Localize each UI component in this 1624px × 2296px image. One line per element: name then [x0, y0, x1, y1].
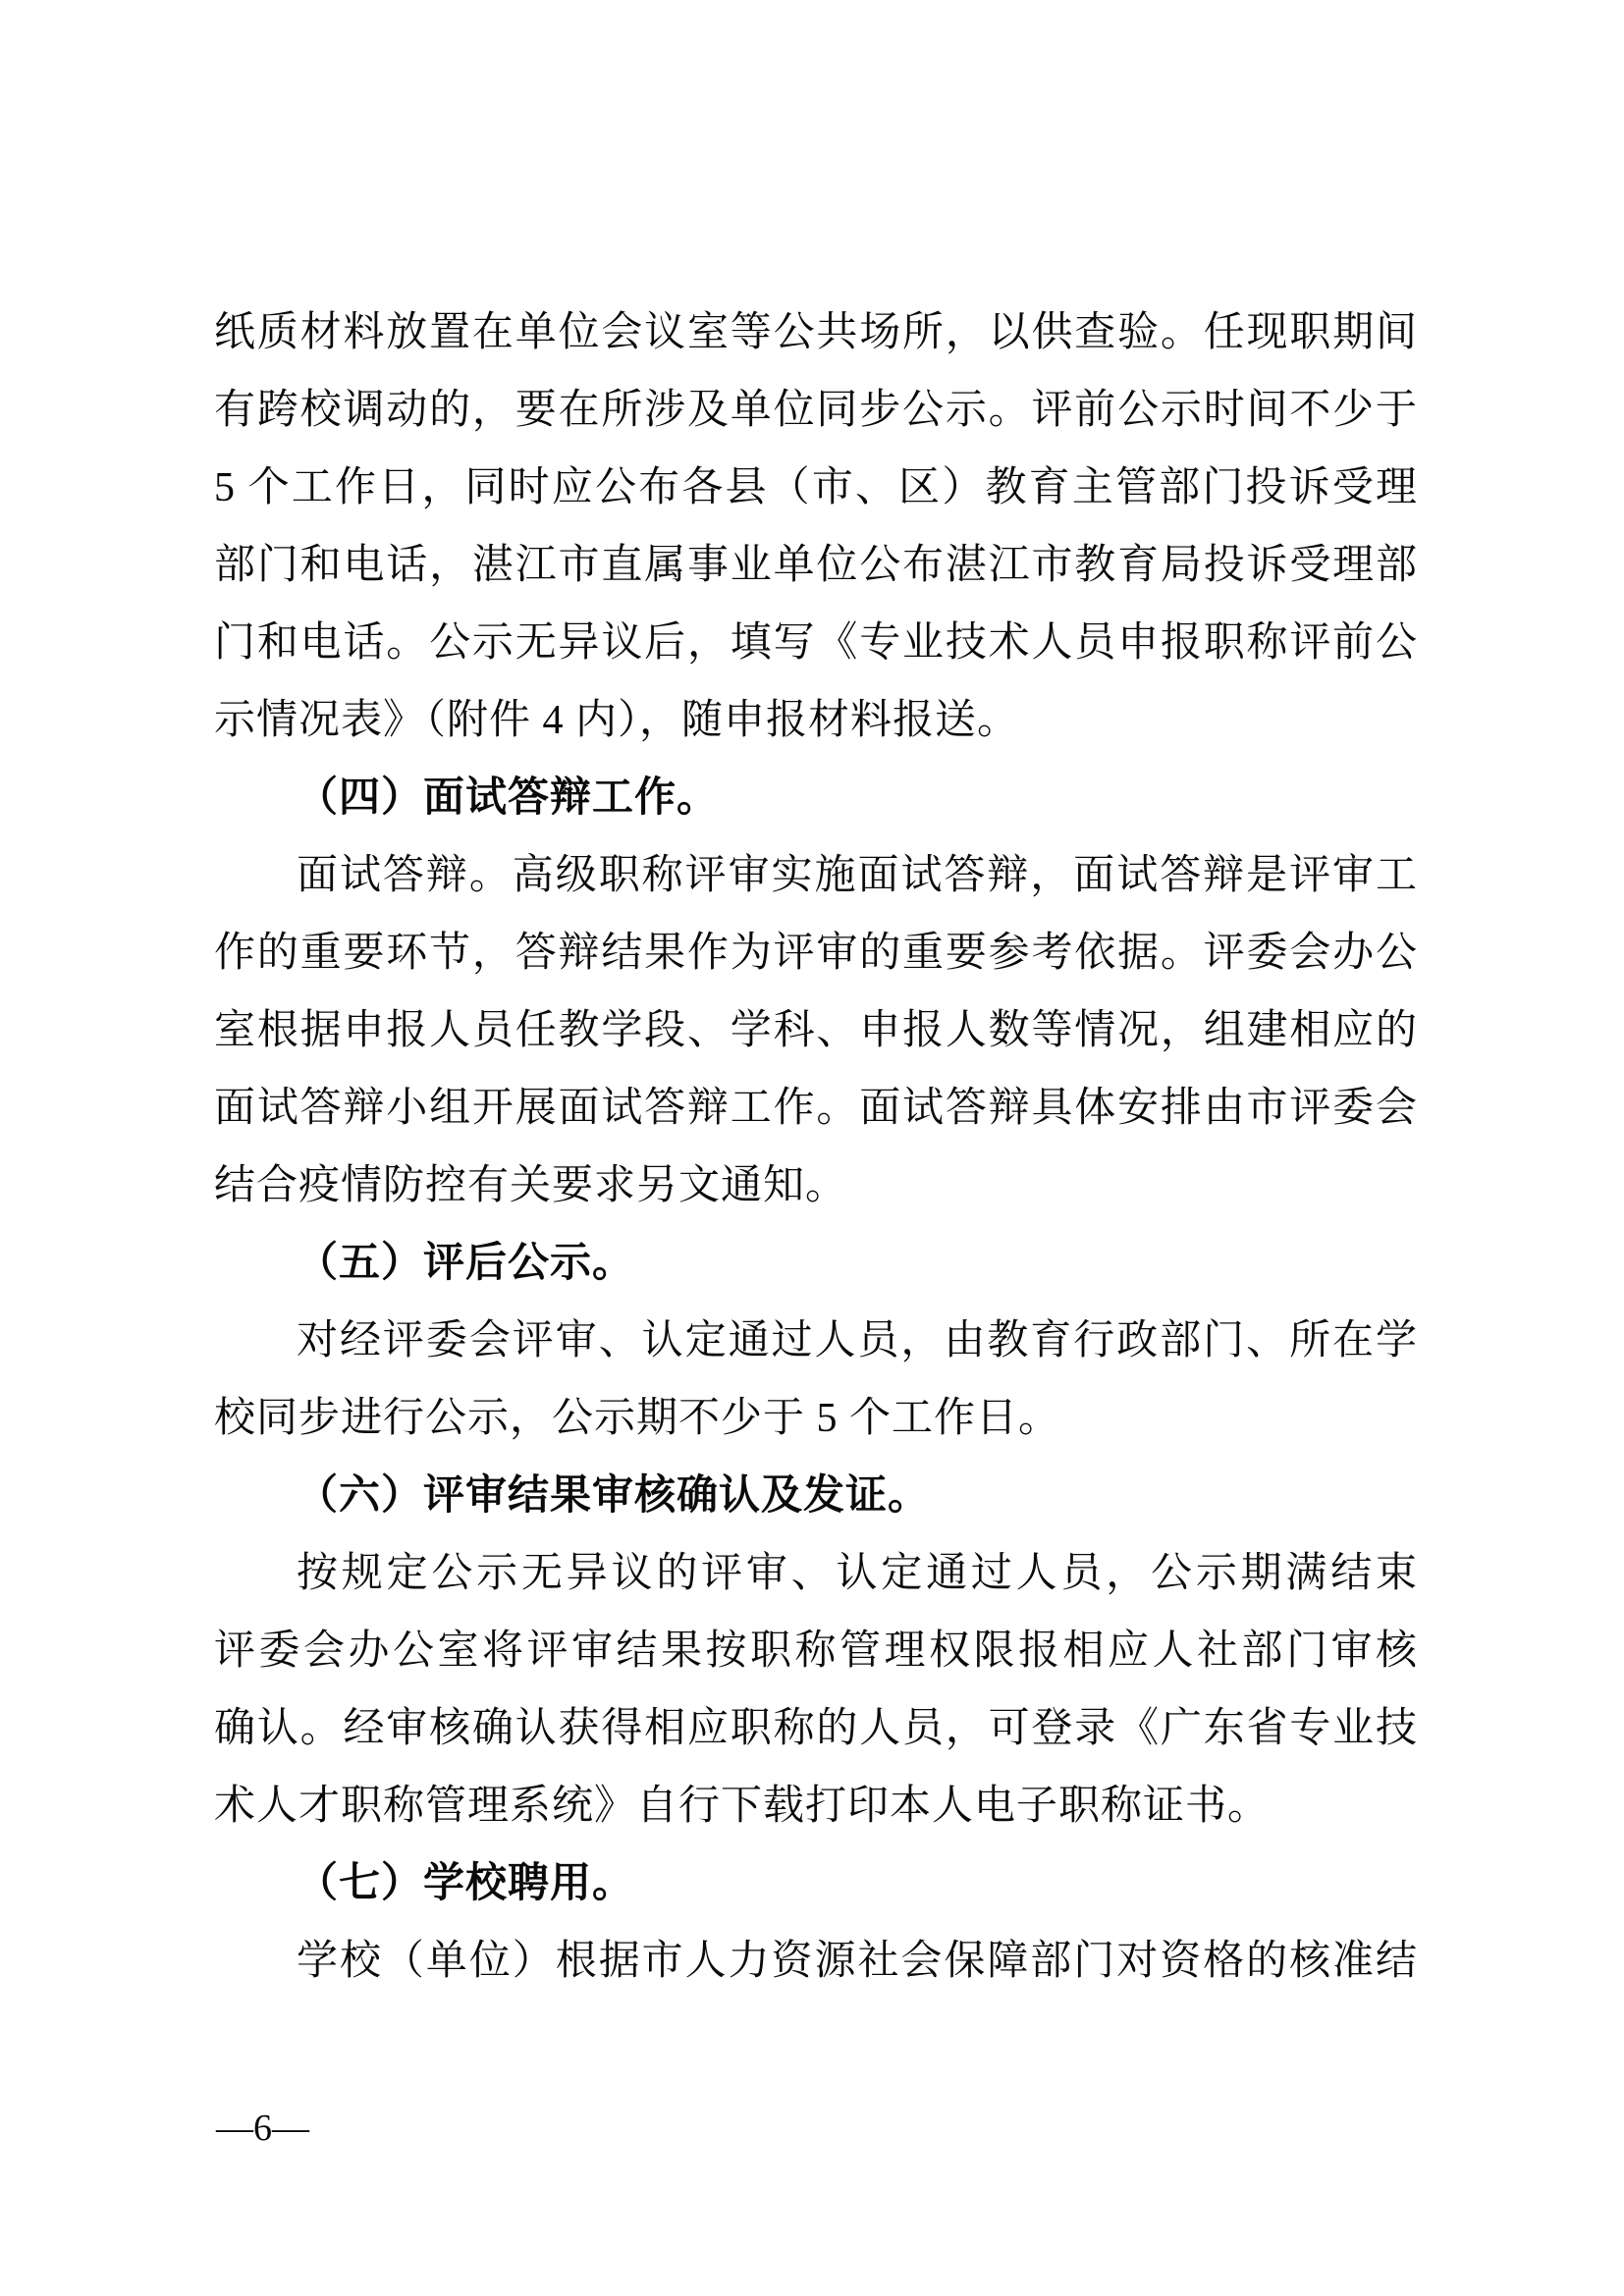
document-body: 纸质材料放置在单位会议室等公共场所，以供查验。任现职期间有跨校调动的，要在所涉及…	[214, 294, 1418, 2001]
text-line: 评委会办公室将评审结果按职称管理权限报相应人社部门审核	[214, 1613, 1418, 1690]
text-line: 面试答辩小组开展面试答辩工作。面试答辩具体安排由市评委会	[214, 1070, 1418, 1148]
text-line: 示情况表》（附件 4 内），随申报材料报送。	[214, 682, 1418, 760]
text-line: 纸质材料放置在单位会议室等公共场所，以供查验。任现职期间	[214, 294, 1418, 372]
text-line: （六）评审结果审核确认及发证。	[214, 1458, 1418, 1535]
text-line: 面试答辩。高级职称评审实施面试答辩，面试答辩是评审工	[214, 837, 1418, 915]
text-line: 5 个工作日，同时应公布各县（市、区）教育主管部门投诉受理	[214, 450, 1418, 527]
text-line: （七）学校聘用。	[214, 1845, 1418, 1923]
text-line: （五）评后公示。	[214, 1225, 1418, 1303]
text-line: 校同步进行公示，公示期不少于 5 个工作日。	[214, 1380, 1418, 1458]
text-line: 确认。经审核确认获得相应职称的人员，可登录《广东省专业技	[214, 1690, 1418, 1768]
text-line: 结合疫情防控有关要求另文通知。	[214, 1148, 1418, 1225]
text-line: 术人才职称管理系统》自行下载打印本人电子职称证书。	[214, 1768, 1418, 1845]
text-line: 按规定公示无异议的评审、认定通过人员，公示期满结束后，	[214, 1535, 1418, 1613]
text-line: 部门和电话，湛江市直属事业单位公布湛江市教育局投诉受理部	[214, 527, 1418, 605]
page-number: —6—	[216, 2107, 309, 2150]
text-line: （四）面试答辩工作。	[214, 760, 1418, 837]
text-line: 门和电话。公示无异议后，填写《专业技术人员申报职称评前公	[214, 605, 1418, 682]
text-line: 有跨校调动的，要在所涉及单位同步公示。评前公示时间不少于	[214, 372, 1418, 450]
text-line: 室根据申报人员任教学段、学科、申报人数等情况，组建相应的	[214, 992, 1418, 1070]
text-line: 作的重要环节，答辩结果作为评审的重要参考依据。评委会办公	[214, 915, 1418, 992]
text-line: 对经评委会评审、认定通过人员，由教育行政部门、所在学	[214, 1303, 1418, 1380]
document-page: 纸质材料放置在单位会议室等公共场所，以供查验。任现职期间有跨校调动的，要在所涉及…	[0, 0, 1624, 2296]
text-line: 学校（单位）根据市人力资源社会保障部门对资格的核准结	[214, 1923, 1418, 2001]
